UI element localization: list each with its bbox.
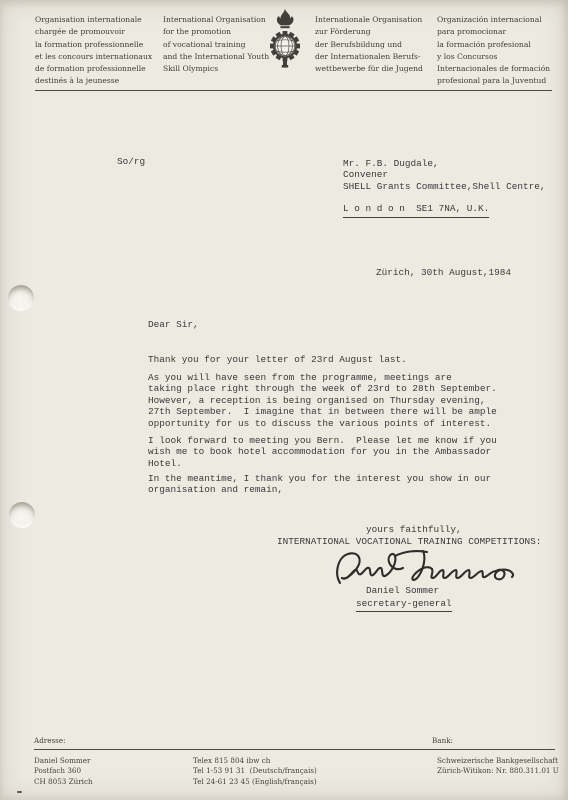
paragraph-3: I look forward to meeting you Bern. Plea…: [148, 435, 497, 469]
recipient-role: Convener: [343, 169, 546, 180]
footer-line: Schweizerische Bankgesellschaft: [437, 756, 559, 766]
dateline: Zürich, 30th August,1984: [376, 267, 511, 278]
letterhead-line: de formation professionnelle: [35, 63, 163, 75]
body-line: taking place right through the week of 2…: [148, 383, 497, 394]
footer-line: Daniel Sommer: [34, 756, 93, 766]
letterhead-line: wettbewerbe für die Jugend: [315, 63, 443, 75]
signer-name: Daniel Sommer: [366, 585, 439, 596]
footer-line: CH 8053 Zürich: [34, 777, 93, 787]
recipient-org: SHELL Grants Committee,Shell Centre,: [343, 181, 546, 192]
paragraph-4: In the meantime, I thank you for the int…: [148, 473, 491, 496]
signer-title: secretary-general: [356, 598, 452, 612]
letterhead-line: chargée de promouvoir: [35, 26, 163, 38]
footer-address-column: Daniel Sommer Postfach 360 CH 8053 Züric…: [34, 756, 93, 787]
letterhead-line: para promocionar: [437, 26, 565, 38]
recipient-city: L o n d o n SE1 7NA, U.K.: [343, 203, 489, 217]
punch-hole-top: [8, 285, 34, 311]
scan-speck: [17, 791, 22, 793]
footer-contact-column: Telex 815 804 ibw ch Tel 1-53 91 31 (Deu…: [193, 756, 317, 787]
footer-line: Zürich-Witikon: Nr. 880.311.01 U: [437, 766, 559, 776]
body-line: 27th September. I imagine that in betwee…: [148, 406, 497, 417]
letterhead-column-german: Internationale Organisation zur Förderun…: [315, 14, 443, 75]
recipient-name: Mr. F.B. Dugdale,: [343, 158, 546, 169]
letterhead-line: der Berufsbildung und: [315, 39, 443, 51]
letterhead-line: la formation professionnelle: [35, 39, 163, 51]
punch-hole-bottom: [9, 502, 35, 528]
letterhead-line: destinés à la jeunesse: [35, 75, 163, 87]
footer-bank-column: Schweizerische Bankgesellschaft Zürich-W…: [437, 756, 559, 777]
reference-code: So/rg: [117, 156, 145, 167]
body-line: As you will have seen from the programme…: [148, 372, 497, 383]
organisation-line: INTERNATIONAL VOCATIONAL TRAINING COMPET…: [277, 536, 541, 547]
letterhead-line: Internacionales de formación: [437, 63, 565, 75]
body-line: I look forward to meeting you Bern. Plea…: [148, 435, 497, 446]
body-line: opportunity for us to discuss the variou…: [148, 418, 497, 429]
letterhead-line: Organisation internationale: [35, 14, 163, 26]
footer-line: Postfach 360: [34, 766, 93, 776]
body-line: In the meantime, I thank you for the int…: [148, 473, 491, 484]
letterhead-column-french: Organisation internationale chargée de p…: [35, 14, 163, 88]
gear-globe-flame-icon: [268, 8, 302, 70]
letterhead-line: der Internationalen Berufs-: [315, 51, 443, 63]
letterhead-divider: [35, 90, 552, 91]
body-line: However, a reception is being organised …: [148, 395, 497, 406]
footer-adresse-label: Adresse:: [34, 736, 66, 746]
footer-divider: [34, 749, 555, 750]
letterhead-line: profesional para la Juventud: [437, 75, 565, 87]
footer-bank-label: Bank:: [432, 736, 453, 746]
letterhead-line: zur Förderung: [315, 26, 443, 38]
letterhead-line: et les concours internationaux: [35, 51, 163, 63]
body-line: wish me to book hotel accommodation for …: [148, 446, 497, 457]
body-line: Thank you for your letter of 23rd August…: [148, 354, 407, 365]
salutation: Dear Sir,: [148, 319, 199, 330]
letterhead-line: Internationale Organisation: [315, 14, 443, 26]
letterhead-line: Organización internacional: [437, 14, 565, 26]
recipient-address-block: Mr. F.B. Dugdale, Convener SHELL Grants …: [343, 158, 546, 218]
valediction: yours faithfully,: [366, 524, 462, 535]
footer-line: Tel 1-53 91 31 (Deutsch/français): [193, 766, 317, 776]
paragraph-2: As you will have seen from the programme…: [148, 372, 497, 429]
letterhead-column-spanish: Organización internacional para promocio…: [437, 14, 565, 88]
body-line: Hotel.: [148, 458, 497, 469]
footer-line: Tel 24-61 23 45 (English/français): [193, 777, 317, 787]
letterhead-line: y los Concursos: [437, 51, 565, 63]
footer-line: Telex 815 804 ibw ch: [193, 756, 317, 766]
letterhead-line: la formación profesional: [437, 39, 565, 51]
body-line: organisation and remain,: [148, 484, 491, 495]
letter-page: Organisation internationale chargée de p…: [0, 0, 568, 800]
paragraph-1: Thank you for your letter of 23rd August…: [148, 354, 407, 365]
